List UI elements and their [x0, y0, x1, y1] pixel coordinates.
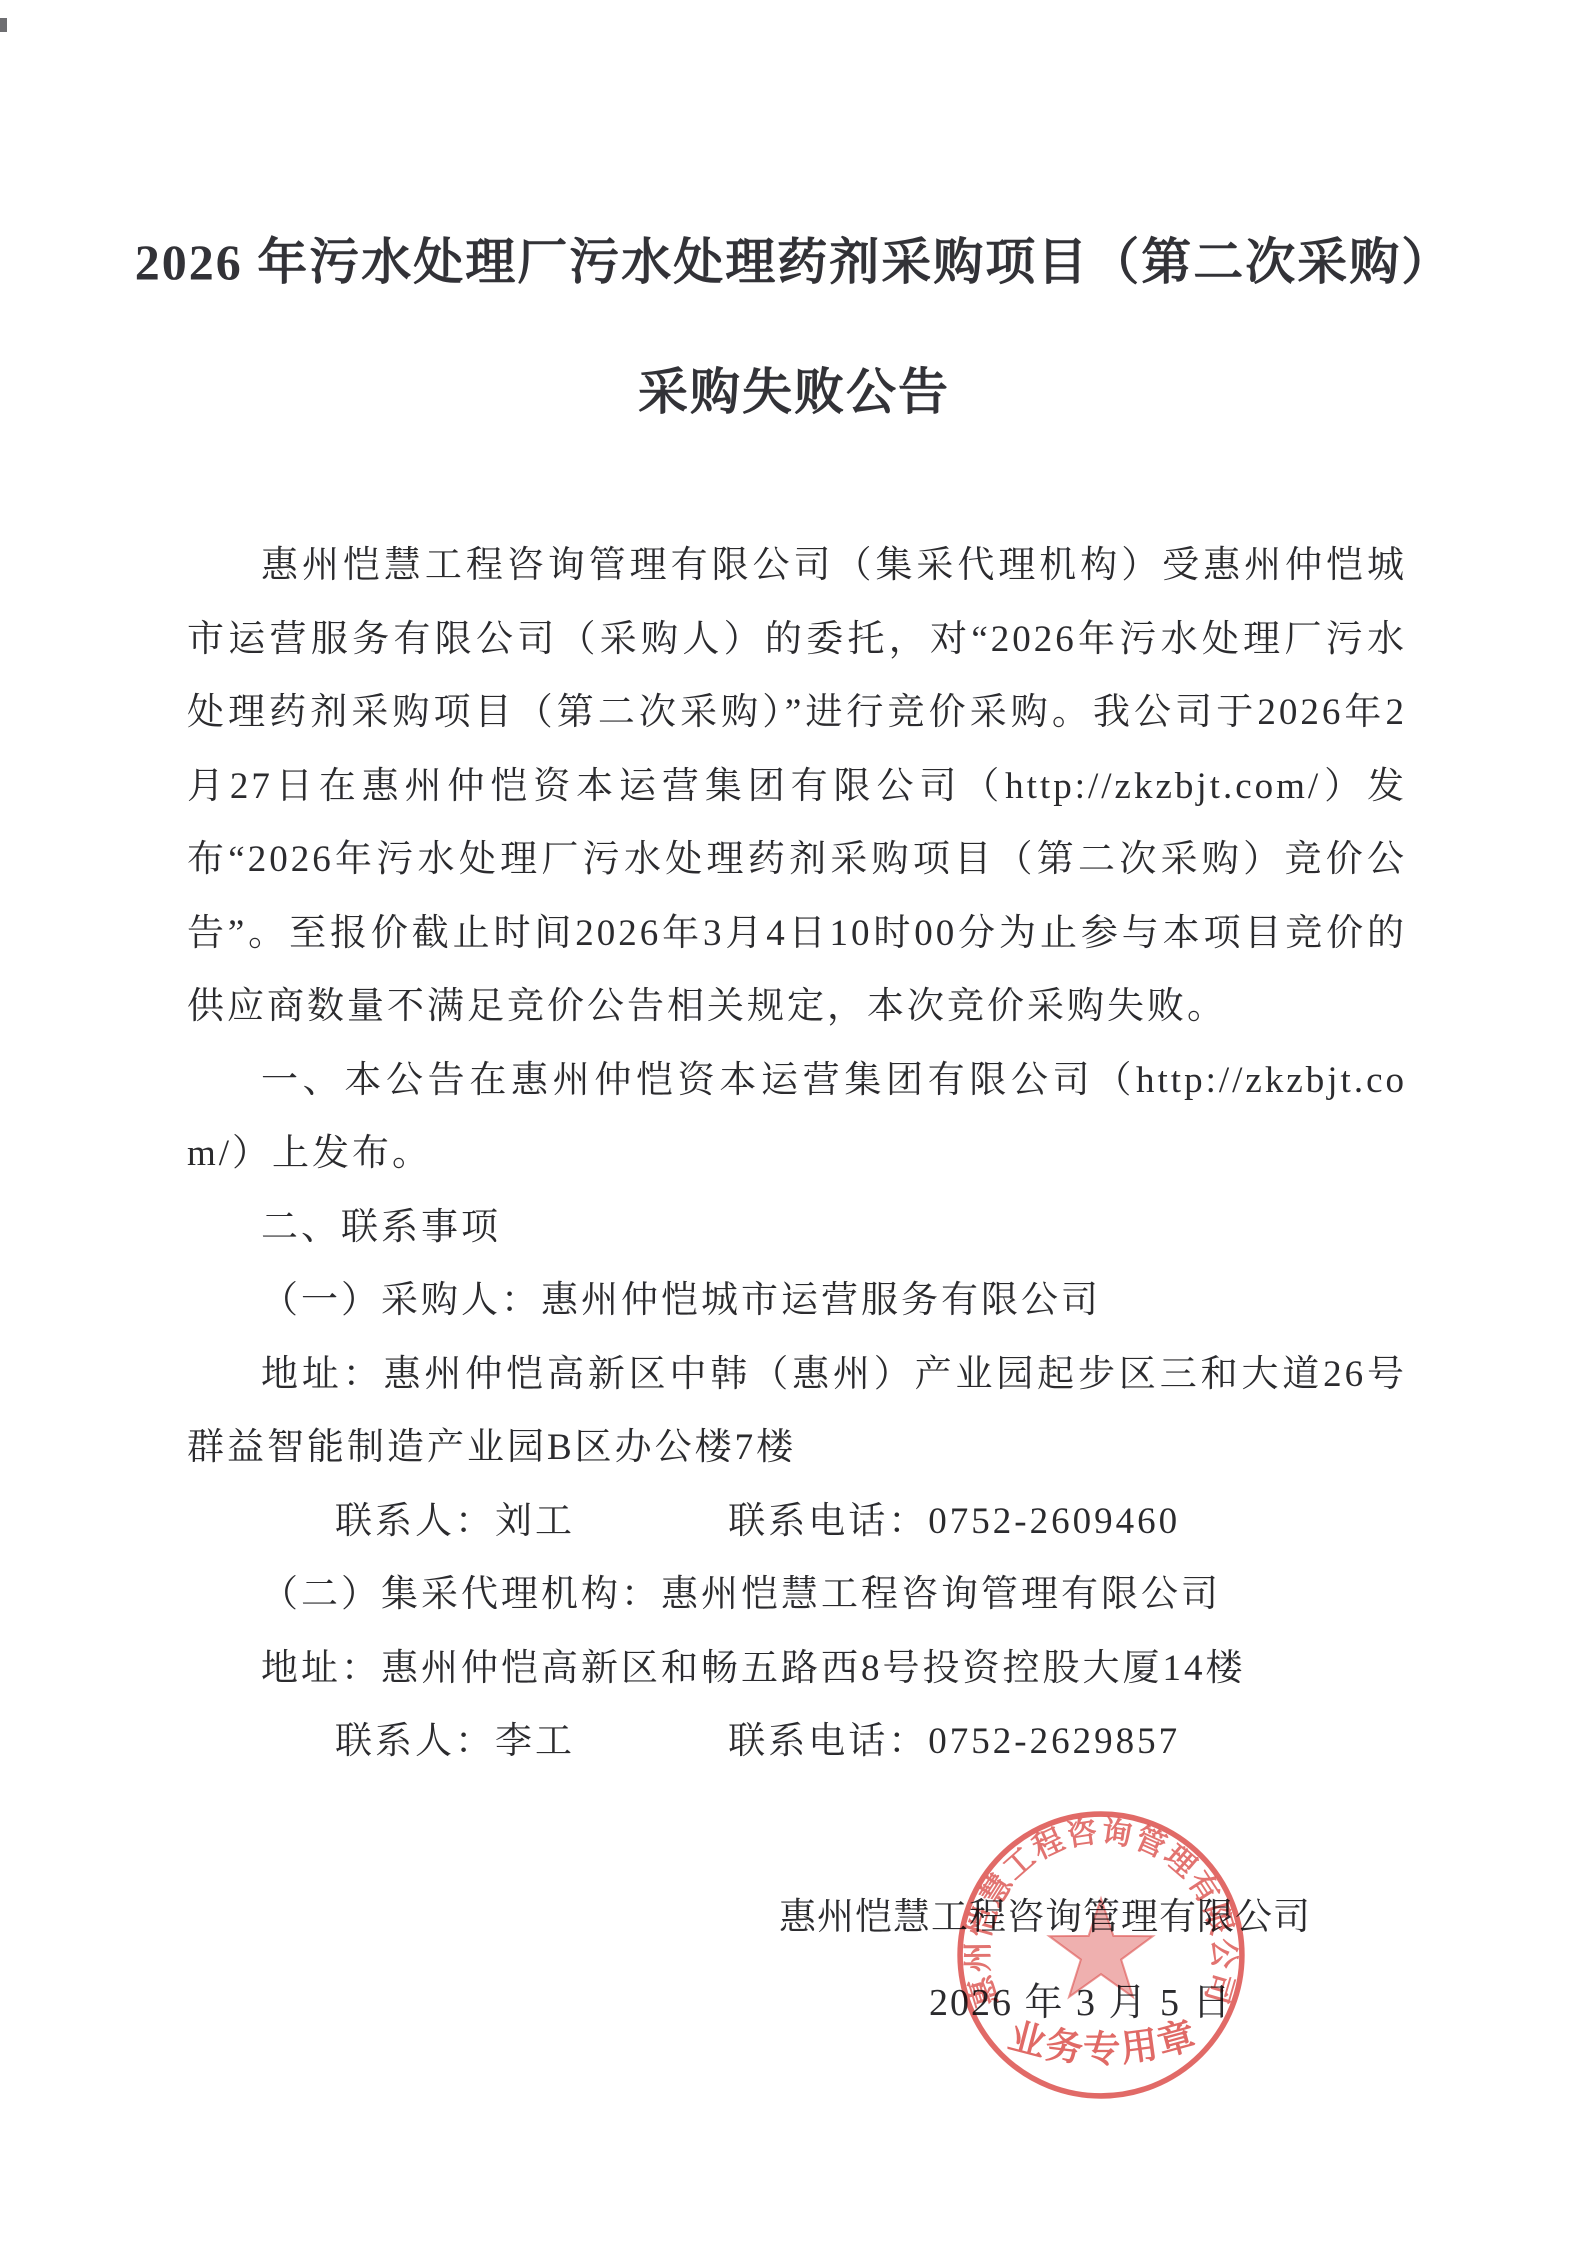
document-body: 惠州恺慧工程咨询管理有限公司（集采代理机构）受惠州仲恺城市运营服务有限公司（采购…	[187, 529, 1407, 1779]
paragraph-purchaser: （一）采购人：惠州仲恺城市运营服务有限公司	[187, 1264, 1407, 1338]
stamp-svg: 惠州恺慧工程咨询管理有限公司 业务专用章	[948, 1802, 1254, 2108]
row-purchaser-contact: 联系人：刘工 联系电话：0752-2609460	[187, 1485, 1407, 1559]
document-title-line1: 2026 年污水处理厂污水处理药剂采购项目（第二次采购）	[0, 222, 1588, 294]
paragraph-contact-heading: 二、联系事项	[187, 1191, 1407, 1265]
announcement-page: 2026 年污水处理厂污水处理药剂采购项目（第二次采购） 采购失败公告 惠州恺慧…	[0, 0, 1588, 2244]
purchaser-contact-person: 联系人：刘工	[261, 1485, 716, 1559]
svg-text:业务专用章: 业务专用章	[1004, 2013, 1202, 2071]
paragraph-agency-address: 地址：惠州仲恺高新区和畅五路西8号投资控股大厦14楼	[187, 1632, 1407, 1706]
paragraph-intro: 惠州恺慧工程咨询管理有限公司（集采代理机构）受惠州仲恺城市运营服务有限公司（采购…	[187, 529, 1407, 1044]
purchaser-contact-phone: 联系电话：0752-2609460	[728, 1501, 1180, 1542]
star-icon	[1049, 1899, 1152, 1997]
stamp-bottom-text: 业务专用章	[1004, 2013, 1202, 2071]
paragraph-purchaser-address: 地址：惠州仲恺高新区中韩（惠州）产业园起步区三和大道26号群益智能制造产业园B区…	[187, 1338, 1407, 1485]
company-seal-stamp: 惠州恺慧工程咨询管理有限公司 业务专用章	[948, 1802, 1254, 2108]
agency-contact-phone: 联系电话：0752-2629857	[728, 1721, 1180, 1762]
document-title-line2: 采购失败公告	[0, 352, 1588, 424]
paragraph-agency: （二）集采代理机构：惠州恺慧工程咨询管理有限公司	[187, 1558, 1407, 1632]
agency-contact-person: 联系人：李工	[261, 1705, 716, 1779]
row-agency-contact: 联系人：李工 联系电话：0752-2629857	[187, 1705, 1407, 1779]
scan-artifact	[0, 18, 7, 32]
paragraph-publish-note: 一、本公告在惠州仲恺资本运营集团有限公司（http://zkzbjt.com/）…	[187, 1044, 1407, 1191]
